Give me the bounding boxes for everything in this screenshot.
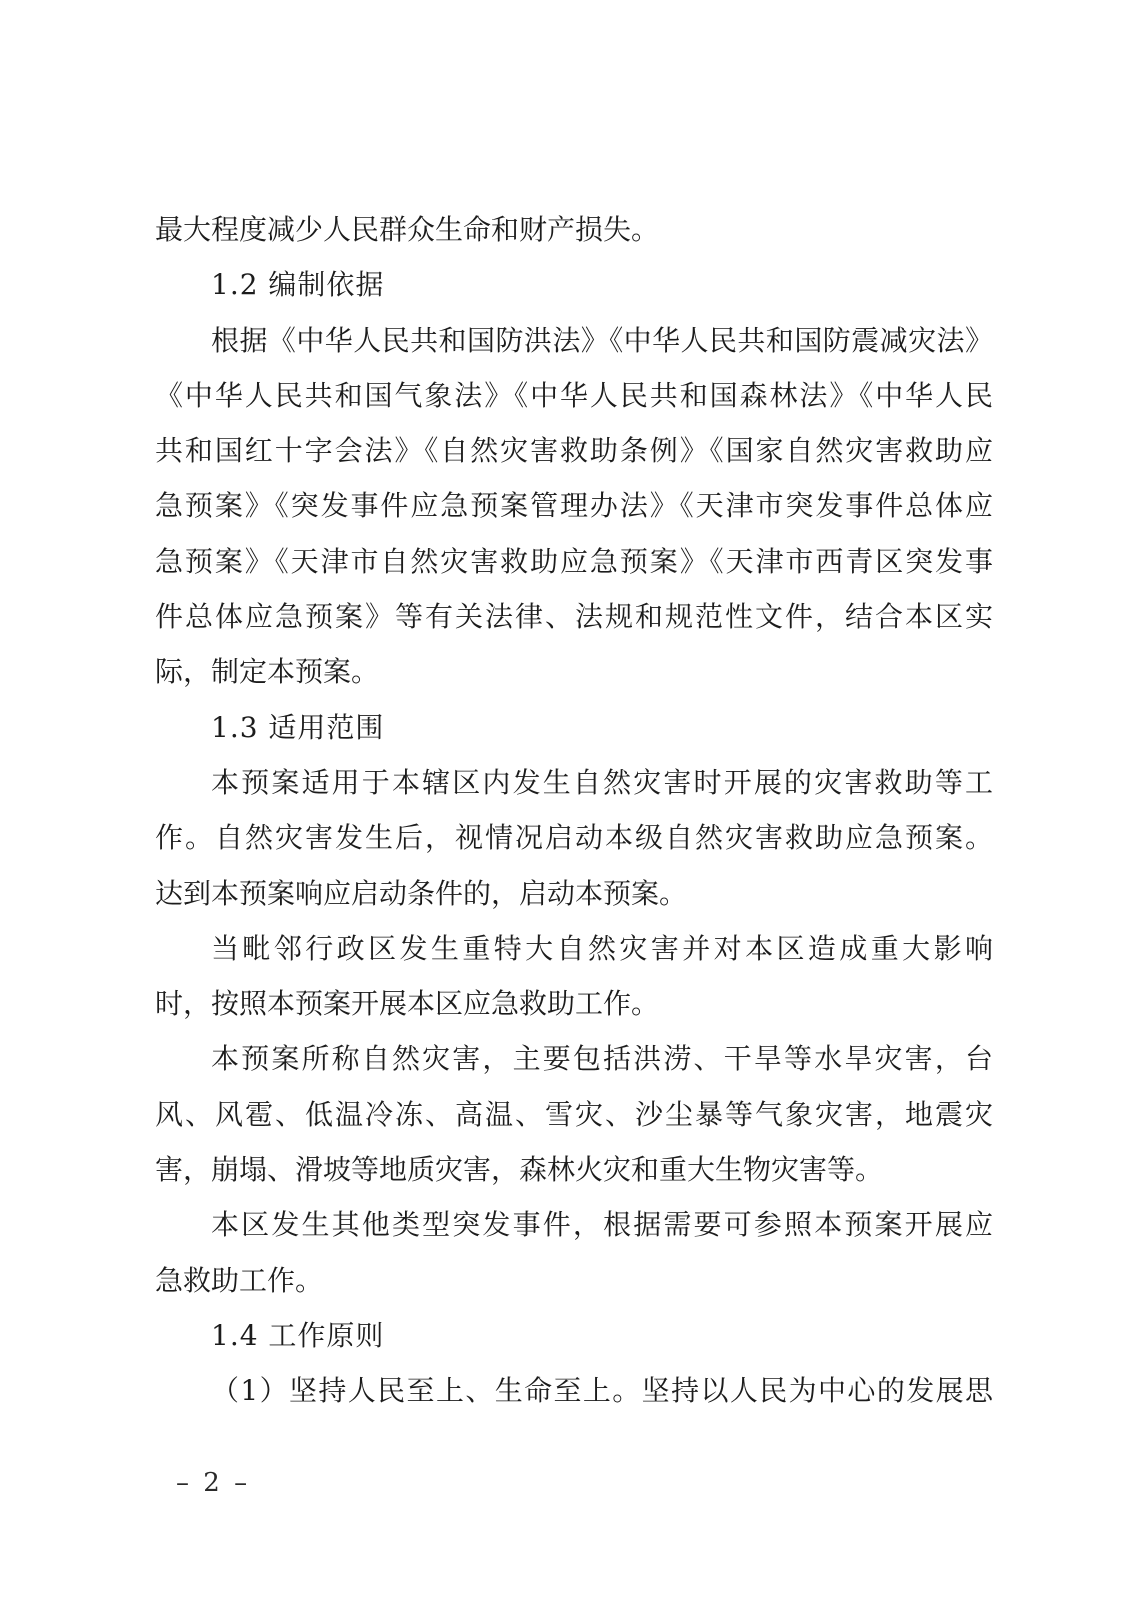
document-text-block: 最大程度减少人民群众生命和财产损失。 1.2 编制依据 根据《中华人民共和国防洪… <box>155 202 993 1419</box>
body-text-line: 作。自然灾害发生后，视情况启动本级自然灾害救助应急预案。 <box>155 810 993 865</box>
body-text-line: 本预案适用于本辖区内发生自然灾害时开展的灾害救助等工 <box>155 755 993 810</box>
body-text-line: 风、风雹、低温冷冻、高温、雪灾、沙尘暴等气象灾害，地震灾 <box>155 1087 993 1142</box>
body-text-line: 急预案》《突发事件应急预案管理办法》《天津市突发事件总体应 <box>155 478 993 533</box>
body-text-line: 害，崩塌、滑坡等地质灾害，森林火灾和重大生物灾害等。 <box>155 1142 993 1197</box>
body-text-line: 急救助工作。 <box>155 1253 993 1308</box>
body-text-line: 时，按照本预案开展本区应急救助工作。 <box>155 976 993 1031</box>
body-text-line: （1）坚持人民至上、生命至上。坚持以人民为中心的发展思 <box>155 1363 993 1418</box>
body-text-line: 当毗邻行政区发生重特大自然灾害并对本区造成重大影响 <box>155 921 993 976</box>
body-text-line: 件总体应急预案》等有关法律、法规和规范性文件，结合本区实 <box>155 589 993 644</box>
heading-1-3: 1.3 适用范围 <box>155 700 993 755</box>
body-text-line: 根据《中华人民共和国防洪法》《中华人民共和国防震减灾法》 <box>155 313 993 368</box>
body-text-line: 本区发生其他类型突发事件，根据需要可参照本预案开展应 <box>155 1197 993 1252</box>
body-text-line: 最大程度减少人民群众生命和财产损失。 <box>155 202 993 257</box>
body-text-line: 《中华人民共和国气象法》《中华人民共和国森林法》《中华人民 <box>155 368 993 423</box>
body-text-line: 达到本预案响应启动条件的，启动本预案。 <box>155 866 993 921</box>
heading-1-4: 1.4 工作原则 <box>155 1308 993 1363</box>
body-text-line: 共和国红十字会法》《自然灾害救助条例》《国家自然灾害救助应 <box>155 423 993 478</box>
document-page: 最大程度减少人民群众生命和财产损失。 1.2 编制依据 根据《中华人民共和国防洪… <box>0 0 1131 1600</box>
heading-1-2: 1.2 编制依据 <box>155 257 993 312</box>
page-number: – 2 – <box>176 1468 250 1498</box>
body-text-line: 际，制定本预案。 <box>155 644 993 699</box>
body-text-line: 本预案所称自然灾害，主要包括洪涝、干旱等水旱灾害，台 <box>155 1031 993 1086</box>
body-text-line: 急预案》《天津市自然灾害救助应急预案》《天津市西青区突发事 <box>155 534 993 589</box>
